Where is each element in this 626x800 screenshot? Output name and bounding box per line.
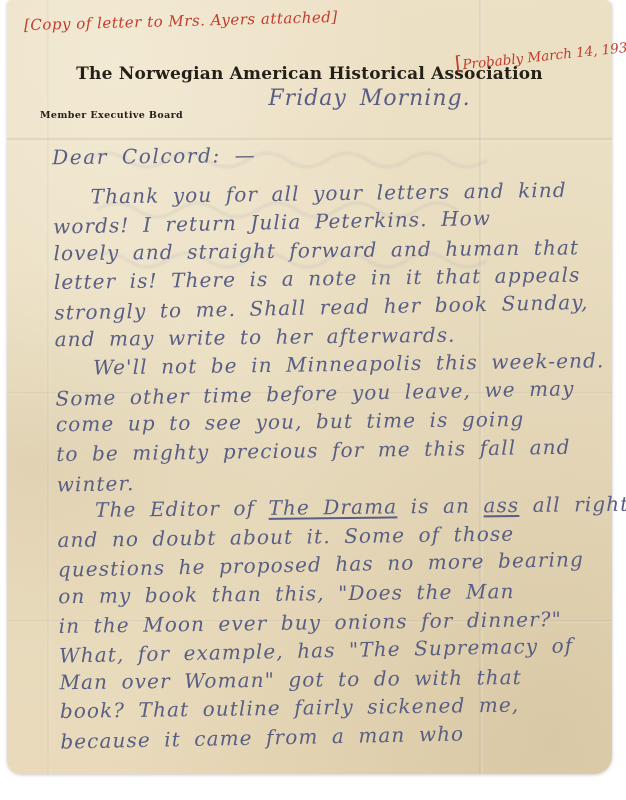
letter-body: Dear Colcord: — Thank you for all your l…: [52, 138, 605, 756]
editor-line-text: is an: [397, 494, 484, 519]
handwritten-date: Friday Morning.: [67, 86, 626, 111]
editor-line-text: all right: [519, 492, 626, 517]
salutation: Dear Colcord: —: [52, 139, 597, 174]
letter-line: lovely and straight forward and human th…: [53, 235, 598, 270]
archivist-note-attached: [Copy of letter to Mrs. Ayers attached]: [24, 8, 338, 34]
letterhead-member-line: Member Executive Board: [40, 110, 183, 121]
underlined-publication-title: The Drama: [268, 495, 397, 520]
letter-line: Man over Woman" got to do with that: [59, 664, 604, 699]
letter-line: on my book than this, "Does the Man: [58, 578, 603, 613]
letter-line: and may write to her afterwards.: [55, 321, 600, 356]
underlined-word: ass: [483, 493, 519, 517]
editor-line-text: The Editor of: [95, 496, 269, 522]
scan-background: [Copy of letter to Mrs. Ayers attached] …: [0, 0, 626, 800]
letter-page: [Copy of letter to Mrs. Ayers attached] …: [7, 0, 612, 774]
